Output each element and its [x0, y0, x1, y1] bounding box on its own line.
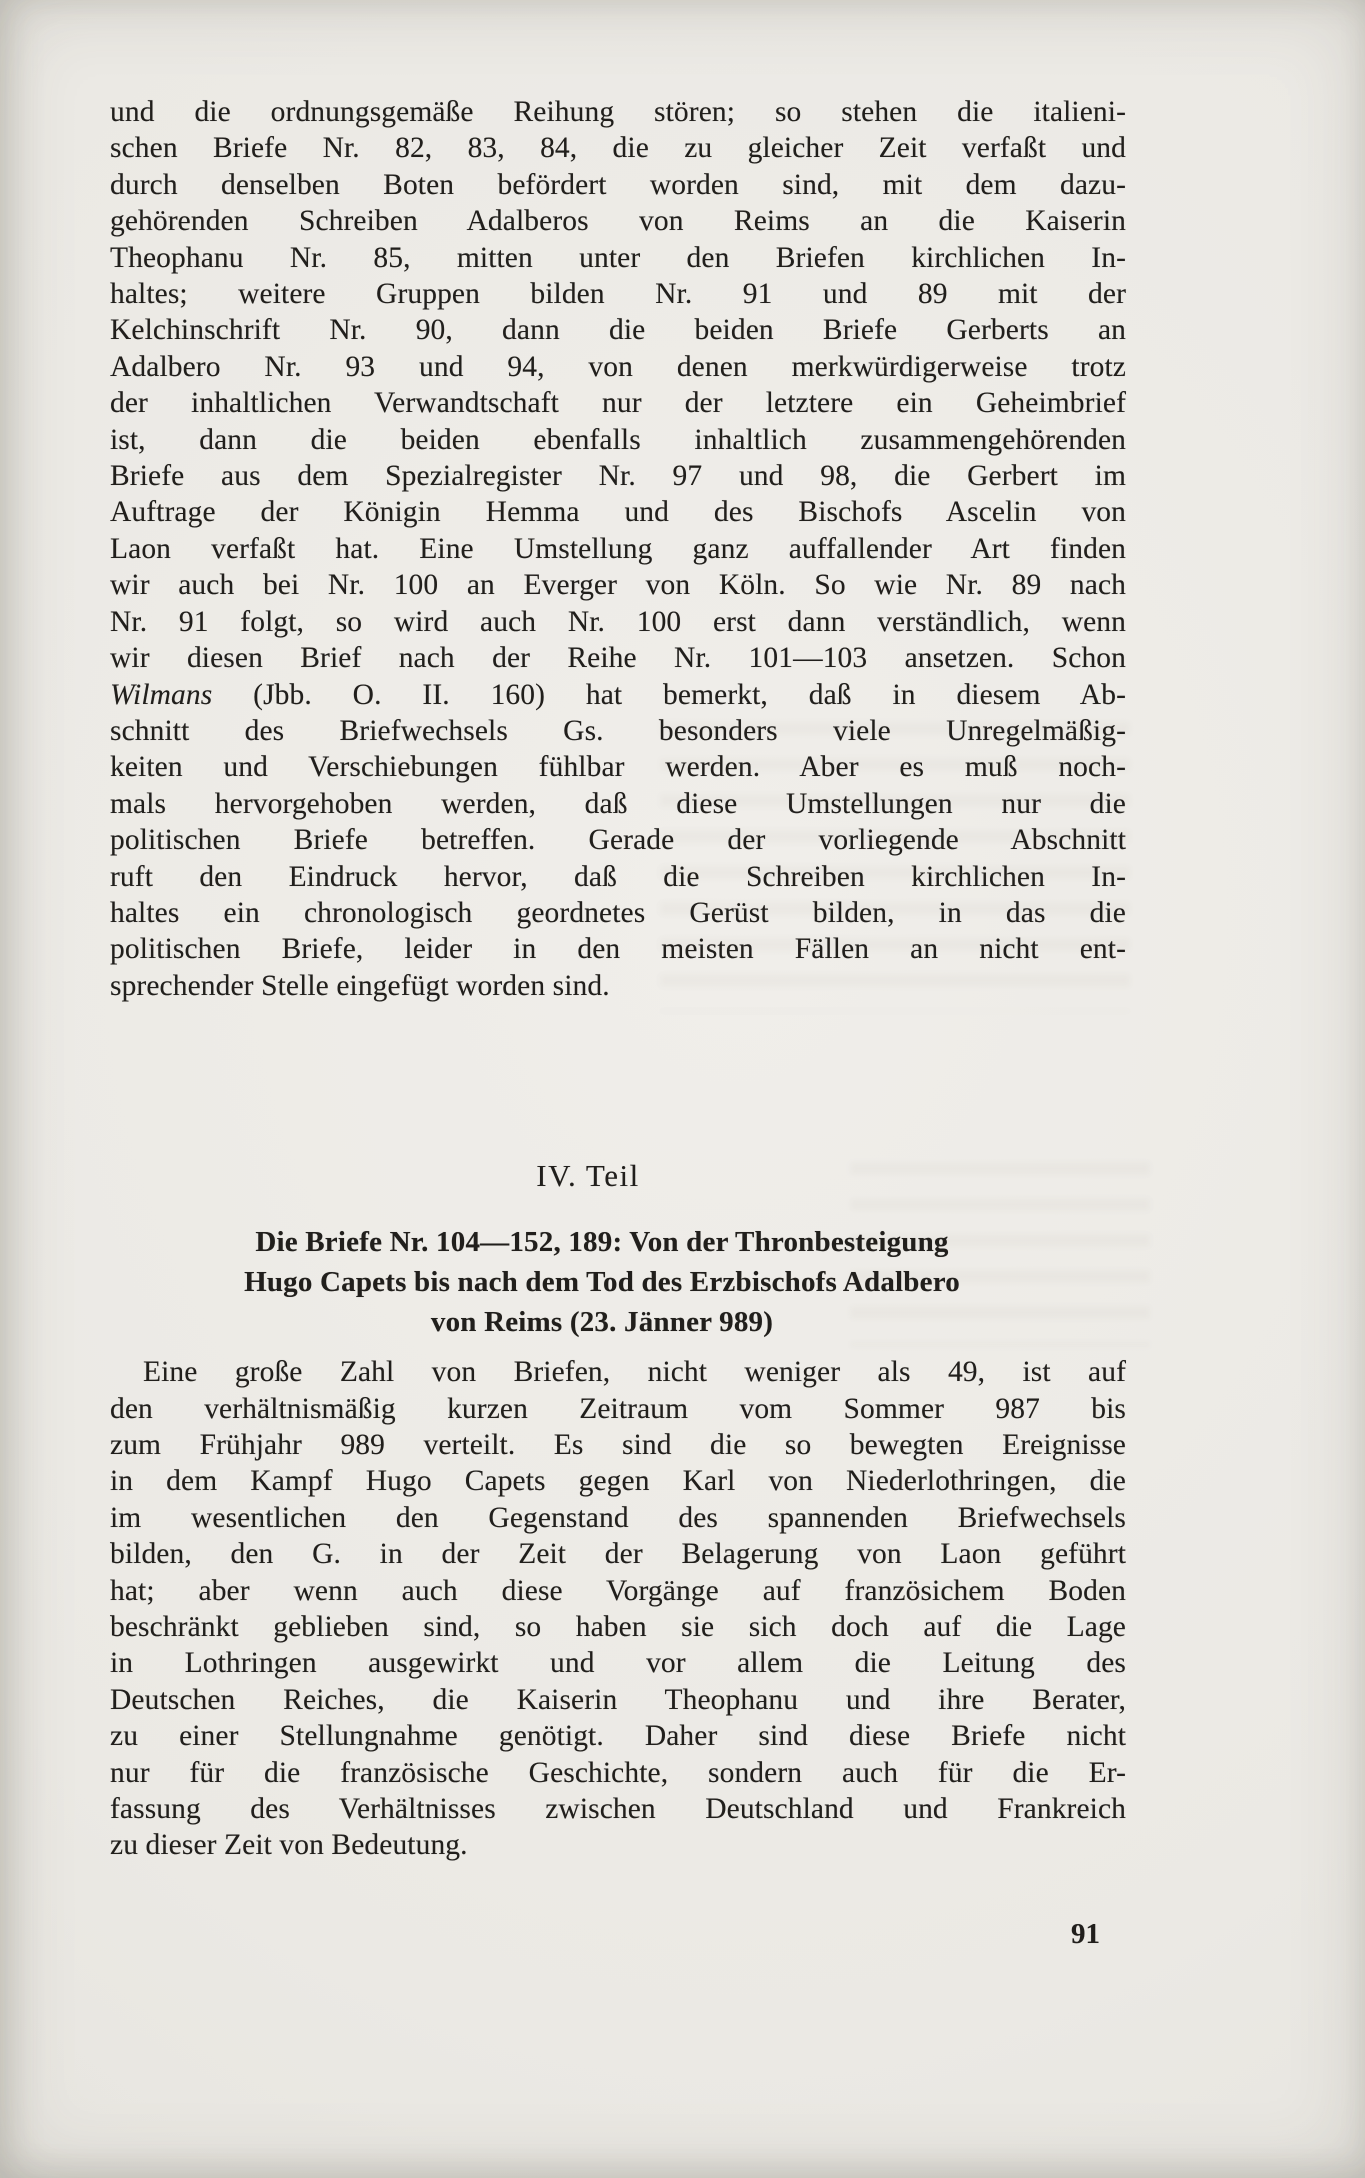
- text-line: Wilmans (Jbb. O. II. 160) hat bemerkt, d…: [110, 677, 1126, 713]
- text-line: keiten und Verschiebungen fühlbar werden…: [110, 749, 1126, 785]
- text-line: wir diesen Brief nach der Reihe Nr. 101—…: [110, 640, 1126, 676]
- text-line: haltes; weitere Gruppen bilden Nr. 91 un…: [110, 276, 1126, 312]
- text-line: nur für die französische Geschichte, son…: [110, 1755, 1126, 1791]
- text-line: Kelchinschrift Nr. 90, dann die beiden B…: [110, 312, 1126, 348]
- text-line: Briefe aus dem Spezialregister Nr. 97 un…: [110, 458, 1126, 494]
- text-line: im wesentlichen den Gegenstand des spann…: [110, 1500, 1126, 1536]
- text-line: zum Frühjahr 989 verteilt. Es sind die s…: [110, 1427, 1126, 1463]
- text-line: und die ordnungsgemäße Reihung stören; s…: [110, 94, 1126, 130]
- paragraph: Eine große Zahl von Briefen, nicht wenig…: [110, 1354, 1126, 1864]
- text-line: in Lothringen ausgewirkt und vor allem d…: [110, 1645, 1126, 1681]
- text-line: beschränkt geblieben sind, so haben sie …: [110, 1609, 1126, 1645]
- text-line: Eine große Zahl von Briefen, nicht wenig…: [110, 1354, 1126, 1390]
- page-number: 91: [110, 1918, 1126, 1951]
- text-fragment: (Jbb. O. II. 160) hat bemerkt, daß in di…: [212, 679, 1126, 711]
- text-line: Laon verfaßt hat. Eine Umstellung ganz a…: [110, 531, 1126, 567]
- chapter-heading: Die Briefe Nr. 104—152, 189: Von der Thr…: [94, 1222, 1110, 1342]
- text-line: Deutschen Reiches, die Kaiserin Theophan…: [110, 1682, 1126, 1718]
- text-line: durch denselben Boten befördert worden s…: [110, 167, 1126, 203]
- text-line: ruft den Eindruck hervor, daß die Schrei…: [110, 859, 1126, 895]
- chapter-heading-line: Die Briefe Nr. 104—152, 189: Von der Thr…: [94, 1222, 1110, 1262]
- cited-author-name: Wilmans: [110, 679, 212, 711]
- text-line: hat; aber wenn auch diese Vorgänge auf f…: [110, 1573, 1126, 1609]
- text-line: politischen Briefe, leider in den meiste…: [110, 931, 1126, 967]
- text-line: ist, dann die beiden ebenfalls inhaltlic…: [110, 422, 1126, 458]
- section-title: IV. Teil: [80, 1157, 1096, 1195]
- text-line: Nr. 91 folgt, so wird auch Nr. 100 erst …: [110, 604, 1126, 640]
- chapter-heading-line: von Reims (23. Jänner 989): [94, 1302, 1110, 1342]
- book-page: und die ordnungsgemäße Reihung stören; s…: [0, 0, 1365, 2178]
- text-line: den verhältnismäßig kurzen Zeitraum vom …: [110, 1391, 1126, 1427]
- paragraph-continuation: und die ordnungsgemäße Reihung stören; s…: [110, 94, 1126, 1004]
- text-line: schnitt des Briefwechsels Gs. besonders …: [110, 713, 1126, 749]
- text-line: wir auch bei Nr. 100 an Everger von Köln…: [110, 567, 1126, 603]
- text-line: Auftrage der Königin Hemma und des Bisch…: [110, 494, 1126, 530]
- text-line: fassung des Verhältnisses zwischen Deuts…: [110, 1791, 1126, 1827]
- text-line: sprechender Stelle eingefügt worden sind…: [110, 968, 1126, 1004]
- text-line: in dem Kampf Hugo Capets gegen Karl von …: [110, 1463, 1126, 1499]
- text-line: zu dieser Zeit von Bedeutung.: [110, 1827, 1126, 1863]
- text-line: zu einer Stellungnahme genötigt. Daher s…: [110, 1718, 1126, 1754]
- text-line: Theophanu Nr. 85, mitten unter den Brief…: [110, 240, 1126, 276]
- text-line: schen Briefe Nr. 82, 83, 84, die zu glei…: [110, 130, 1126, 166]
- text-column: und die ordnungsgemäße Reihung stören; s…: [110, 94, 1126, 1951]
- text-line: mals hervorgehoben werden, daß diese Ums…: [110, 786, 1126, 822]
- text-line: haltes ein chronologisch geordnetes Gerü…: [110, 895, 1126, 931]
- text-line: politischen Briefe betreffen. Gerade der…: [110, 822, 1126, 858]
- text-line: gehörenden Schreiben Adalberos von Reims…: [110, 203, 1126, 239]
- chapter-heading-line: Hugo Capets bis nach dem Tod des Erzbisc…: [94, 1262, 1110, 1302]
- text-line: der inhaltlichen Verwandtschaft nur der …: [110, 385, 1126, 421]
- text-line: bilden, den G. in der Zeit der Belagerun…: [110, 1536, 1126, 1572]
- text-line: Adalbero Nr. 93 und 94, von denen merkwü…: [110, 349, 1126, 385]
